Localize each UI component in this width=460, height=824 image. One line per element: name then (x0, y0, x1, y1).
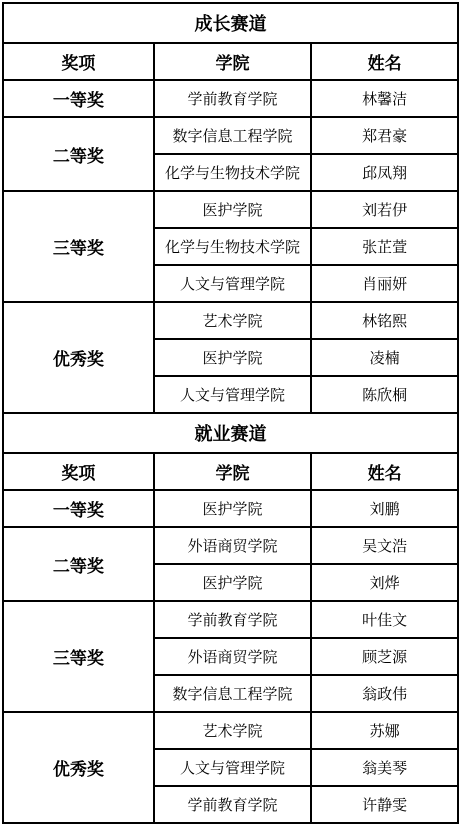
name-cell: 郑君豪 (311, 117, 458, 154)
name-cell: 许静雯 (311, 786, 458, 823)
section-title: 成长赛道 (3, 3, 458, 43)
name-cell: 叶佳文 (311, 601, 458, 638)
college-cell: 学前教育学院 (154, 80, 312, 117)
table-row: 一等奖 医护学院 刘鹏 (3, 490, 458, 527)
college-cell: 外语商贸学院 (154, 527, 312, 564)
college-cell: 学前教育学院 (154, 601, 312, 638)
table-row: 二等奖 外语商贸学院 吴文浩 (3, 527, 458, 564)
column-header-college: 学院 (154, 43, 312, 80)
table-row: 三等奖 医护学院 刘若伊 (3, 191, 458, 228)
award-cell: 优秀奖 (3, 712, 154, 823)
column-header-name: 姓名 (311, 43, 458, 80)
name-cell: 邱凤翔 (311, 154, 458, 191)
awards-table: 成长赛道 奖项 学院 姓名 一等奖 学前教育学院 林馨洁 二等奖 数字信息工程学… (2, 2, 459, 824)
column-header-name: 姓名 (311, 453, 458, 490)
college-cell: 数字信息工程学院 (154, 117, 312, 154)
college-cell: 艺术学院 (154, 302, 312, 339)
table-row: 优秀奖 艺术学院 苏娜 (3, 712, 458, 749)
section-title-row: 成长赛道 (3, 3, 458, 43)
column-header-award: 奖项 (3, 43, 154, 80)
college-cell: 医护学院 (154, 490, 312, 527)
name-cell: 刘鹏 (311, 490, 458, 527)
section-title-row: 就业赛道 (3, 413, 458, 453)
college-cell: 人文与管理学院 (154, 749, 312, 786)
college-cell: 医护学院 (154, 191, 312, 228)
award-cell: 一等奖 (3, 490, 154, 527)
college-cell: 人文与管理学院 (154, 376, 312, 413)
college-cell: 学前教育学院 (154, 786, 312, 823)
header-row: 奖项 学院 姓名 (3, 43, 458, 80)
column-header-college: 学院 (154, 453, 312, 490)
college-cell: 医护学院 (154, 564, 312, 601)
college-cell: 艺术学院 (154, 712, 312, 749)
award-cell: 二等奖 (3, 117, 154, 191)
section-title: 就业赛道 (3, 413, 458, 453)
table-row: 三等奖 学前教育学院 叶佳文 (3, 601, 458, 638)
name-cell: 刘若伊 (311, 191, 458, 228)
name-cell: 翁政伟 (311, 675, 458, 712)
award-cell: 三等奖 (3, 191, 154, 302)
college-cell: 外语商贸学院 (154, 638, 312, 675)
college-cell: 化学与生物技术学院 (154, 154, 312, 191)
name-cell: 陈欣桐 (311, 376, 458, 413)
college-cell: 人文与管理学院 (154, 265, 312, 302)
name-cell: 林铭熙 (311, 302, 458, 339)
name-cell: 顾芝源 (311, 638, 458, 675)
award-cell: 一等奖 (3, 80, 154, 117)
name-cell: 肖丽妍 (311, 265, 458, 302)
name-cell: 刘烨 (311, 564, 458, 601)
awards-page: 成长赛道 奖项 学院 姓名 一等奖 学前教育学院 林馨洁 二等奖 数字信息工程学… (0, 0, 460, 755)
award-cell: 三等奖 (3, 601, 154, 712)
table-row: 优秀奖 艺术学院 林铭熙 (3, 302, 458, 339)
name-cell: 吴文浩 (311, 527, 458, 564)
header-row: 奖项 学院 姓名 (3, 453, 458, 490)
award-cell: 优秀奖 (3, 302, 154, 413)
college-cell: 化学与生物技术学院 (154, 228, 312, 265)
college-cell: 数字信息工程学院 (154, 675, 312, 712)
column-header-award: 奖项 (3, 453, 154, 490)
name-cell: 张芷萱 (311, 228, 458, 265)
college-cell: 医护学院 (154, 339, 312, 376)
name-cell: 翁美琴 (311, 749, 458, 786)
name-cell: 凌楠 (311, 339, 458, 376)
name-cell: 林馨洁 (311, 80, 458, 117)
table-row: 一等奖 学前教育学院 林馨洁 (3, 80, 458, 117)
award-cell: 二等奖 (3, 527, 154, 601)
name-cell: 苏娜 (311, 712, 458, 749)
table-row: 二等奖 数字信息工程学院 郑君豪 (3, 117, 458, 154)
